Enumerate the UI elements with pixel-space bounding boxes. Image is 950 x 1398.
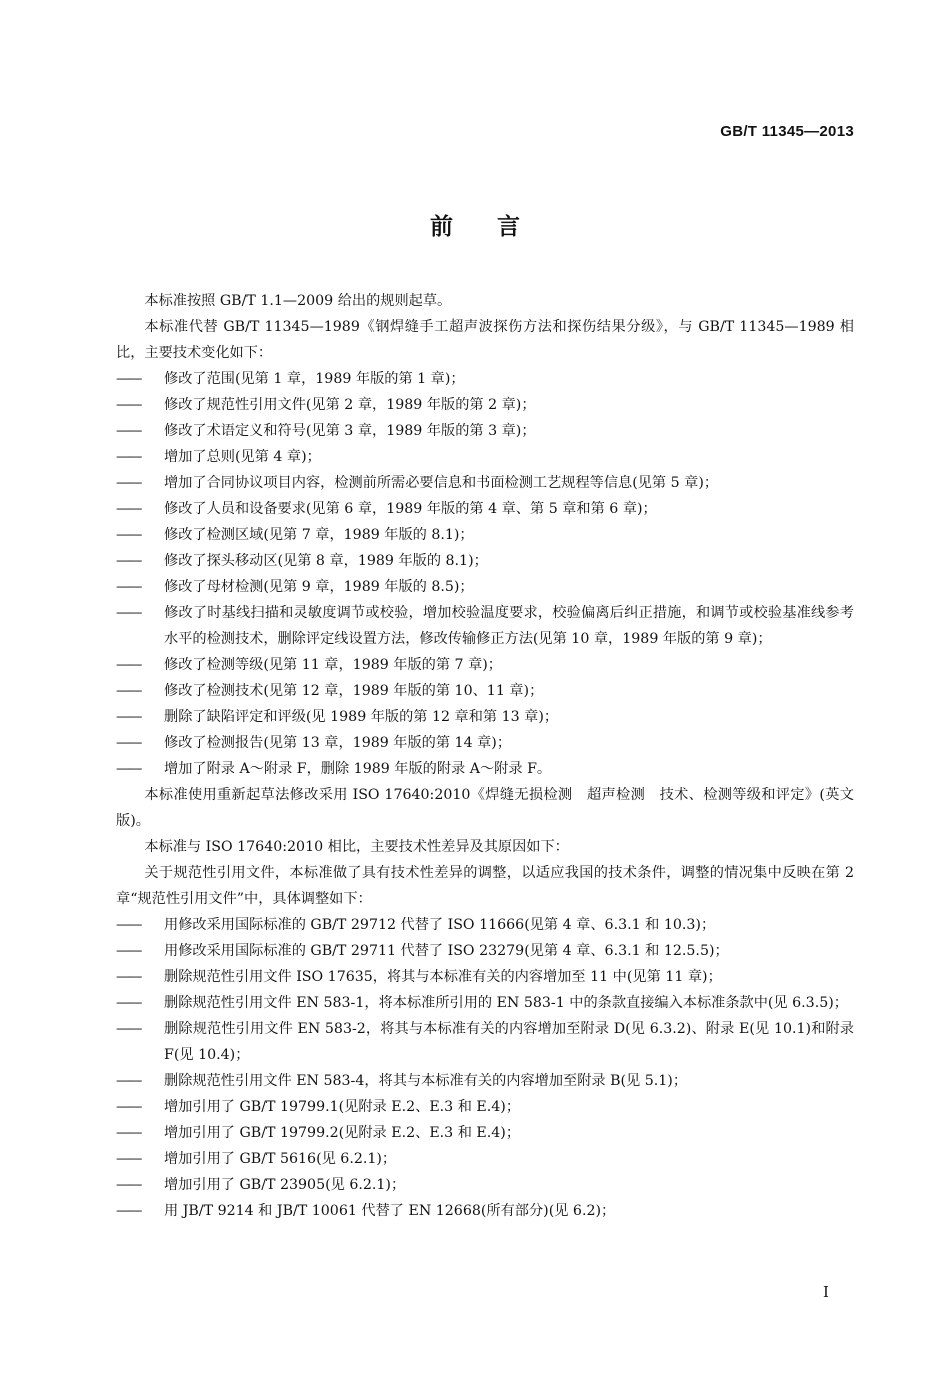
technical-changes-list: ——修改了范围(见第 1 章，1989 年版的第 1 章)； ——修改了规范性引…: [116, 366, 854, 782]
list-item: ——增加了附录 A～附录 F，删除 1989 年版的附录 A～附录 F。: [116, 756, 854, 782]
list-item: ——删除规范性引用文件 EN 583-1，将本标准所引用的 EN 583-1 中…: [116, 990, 854, 1016]
dash-marker: ——: [116, 1068, 164, 1094]
list-item: ——用 JB/T 9214 和 JB/T 10061 代替了 EN 12668(…: [116, 1198, 854, 1224]
list-item: ——增加了合同协议项目内容，检测前所需必要信息和书面检测工艺规程等信息(见第 5…: [116, 470, 854, 496]
list-item: ——修改了规范性引用文件(见第 2 章，1989 年版的第 2 章)；: [116, 392, 854, 418]
list-item: ——增加引用了 GB/T 23905(见 6.2.1)；: [116, 1172, 854, 1198]
list-item: ——修改了范围(见第 1 章，1989 年版的第 1 章)；: [116, 366, 854, 392]
paragraph-drafting-rules: 本标准按照 GB/T 1.1—2009 给出的规则起草。: [116, 288, 854, 314]
standard-code: GB/T 11345—2013: [720, 123, 854, 140]
dash-marker: ——: [116, 912, 164, 938]
dash-marker: ——: [116, 1016, 164, 1042]
dash-marker: ——: [116, 1198, 164, 1224]
list-item: ——增加了总则(见第 4 章)；: [116, 444, 854, 470]
dash-marker: ——: [116, 678, 164, 704]
list-item: ——修改了人员和设备要求(见第 6 章，1989 年版的第 4 章、第 5 章和…: [116, 496, 854, 522]
page-title: 前言: [0, 208, 950, 241]
list-item: ——删除了缺陷评定和评级(见 1989 年版的第 12 章和第 13 章)；: [116, 704, 854, 730]
dash-marker: ——: [116, 418, 164, 444]
list-item: ——删除规范性引用文件 EN 583-2，将其与本标准有关的内容增加至附录 D(…: [116, 1016, 854, 1068]
dash-marker: ——: [116, 652, 164, 678]
list-item: ——增加引用了 GB/T 19799.1(见附录 E.2、E.3 和 E.4)；: [116, 1094, 854, 1120]
dash-marker: ——: [116, 964, 164, 990]
paragraph-reference-adjustments: 关于规范性引用文件，本标准做了具有技术性差异的调整，以适应我国的技术条件，调整的…: [116, 860, 854, 912]
list-item: ——修改了检测报告(见第 13 章，1989 年版的第 14 章)；: [116, 730, 854, 756]
paragraph-replaces: 本标准代替 GB/T 11345—1989《钢焊缝手工超声波探伤方法和探伤结果分…: [116, 314, 854, 366]
dash-marker: ——: [116, 470, 164, 496]
list-item: ——修改了术语定义和符号(见第 3 章，1989 年版的第 3 章)；: [116, 418, 854, 444]
list-item: ——修改了检测区域(见第 7 章，1989 年版的 8.1)；: [116, 522, 854, 548]
dash-marker: ——: [116, 496, 164, 522]
page-number: I: [823, 1283, 829, 1301]
list-item: ——修改了检测技术(见第 12 章，1989 年版的第 10、11 章)；: [116, 678, 854, 704]
dash-marker: ——: [116, 548, 164, 574]
dash-marker: ——: [116, 1094, 164, 1120]
list-item: ——修改了探头移动区(见第 8 章，1989 年版的 8.1)；: [116, 548, 854, 574]
list-item: ——修改了时基线扫描和灵敏度调节或校验，增加校验温度要求，校验偏离后纠正措施，和…: [116, 600, 854, 652]
dash-marker: ——: [116, 1120, 164, 1146]
list-item: ——用修改采用国际标准的 GB/T 29711 代替了 ISO 23279(见第…: [116, 938, 854, 964]
dash-marker: ——: [116, 392, 164, 418]
dash-marker: ——: [116, 730, 164, 756]
dash-marker: ——: [116, 990, 164, 1016]
dash-marker: ——: [116, 756, 164, 782]
dash-marker: ——: [116, 600, 164, 626]
paragraph-differences: 本标准与 ISO 17640:2010 相比，主要技术性差异及其原因如下：: [116, 834, 854, 860]
list-item: ——修改了母材检测(见第 9 章，1989 年版的 8.5)；: [116, 574, 854, 600]
dash-marker: ——: [116, 1172, 164, 1198]
list-item: ——增加引用了 GB/T 5616(见 6.2.1)；: [116, 1146, 854, 1172]
list-item: ——修改了检测等级(见第 11 章，1989 年版的第 7 章)；: [116, 652, 854, 678]
dash-marker: ——: [116, 574, 164, 600]
dash-marker: ——: [116, 366, 164, 392]
list-item: ——删除规范性引用文件 EN 583-4，将其与本标准有关的内容增加至附录 B(…: [116, 1068, 854, 1094]
dash-marker: ——: [116, 704, 164, 730]
foreword-body: 本标准按照 GB/T 1.1—2009 给出的规则起草。 本标准代替 GB/T …: [116, 288, 854, 1224]
list-item: ——用修改采用国际标准的 GB/T 29712 代替了 ISO 11666(见第…: [116, 912, 854, 938]
list-item: ——增加引用了 GB/T 19799.2(见附录 E.2、E.3 和 E.4)；: [116, 1120, 854, 1146]
dash-marker: ——: [116, 938, 164, 964]
paragraph-adoption: 本标准使用重新起草法修改采用 ISO 17640:2010《焊缝无损检测 超声检…: [116, 782, 854, 834]
dash-marker: ——: [116, 1146, 164, 1172]
dash-marker: ——: [116, 522, 164, 548]
list-item: ——删除规范性引用文件 ISO 17635，将其与本标准有关的内容增加至 11 …: [116, 964, 854, 990]
reference-adjustments-list: ——用修改采用国际标准的 GB/T 29712 代替了 ISO 11666(见第…: [116, 912, 854, 1224]
dash-marker: ——: [116, 444, 164, 470]
